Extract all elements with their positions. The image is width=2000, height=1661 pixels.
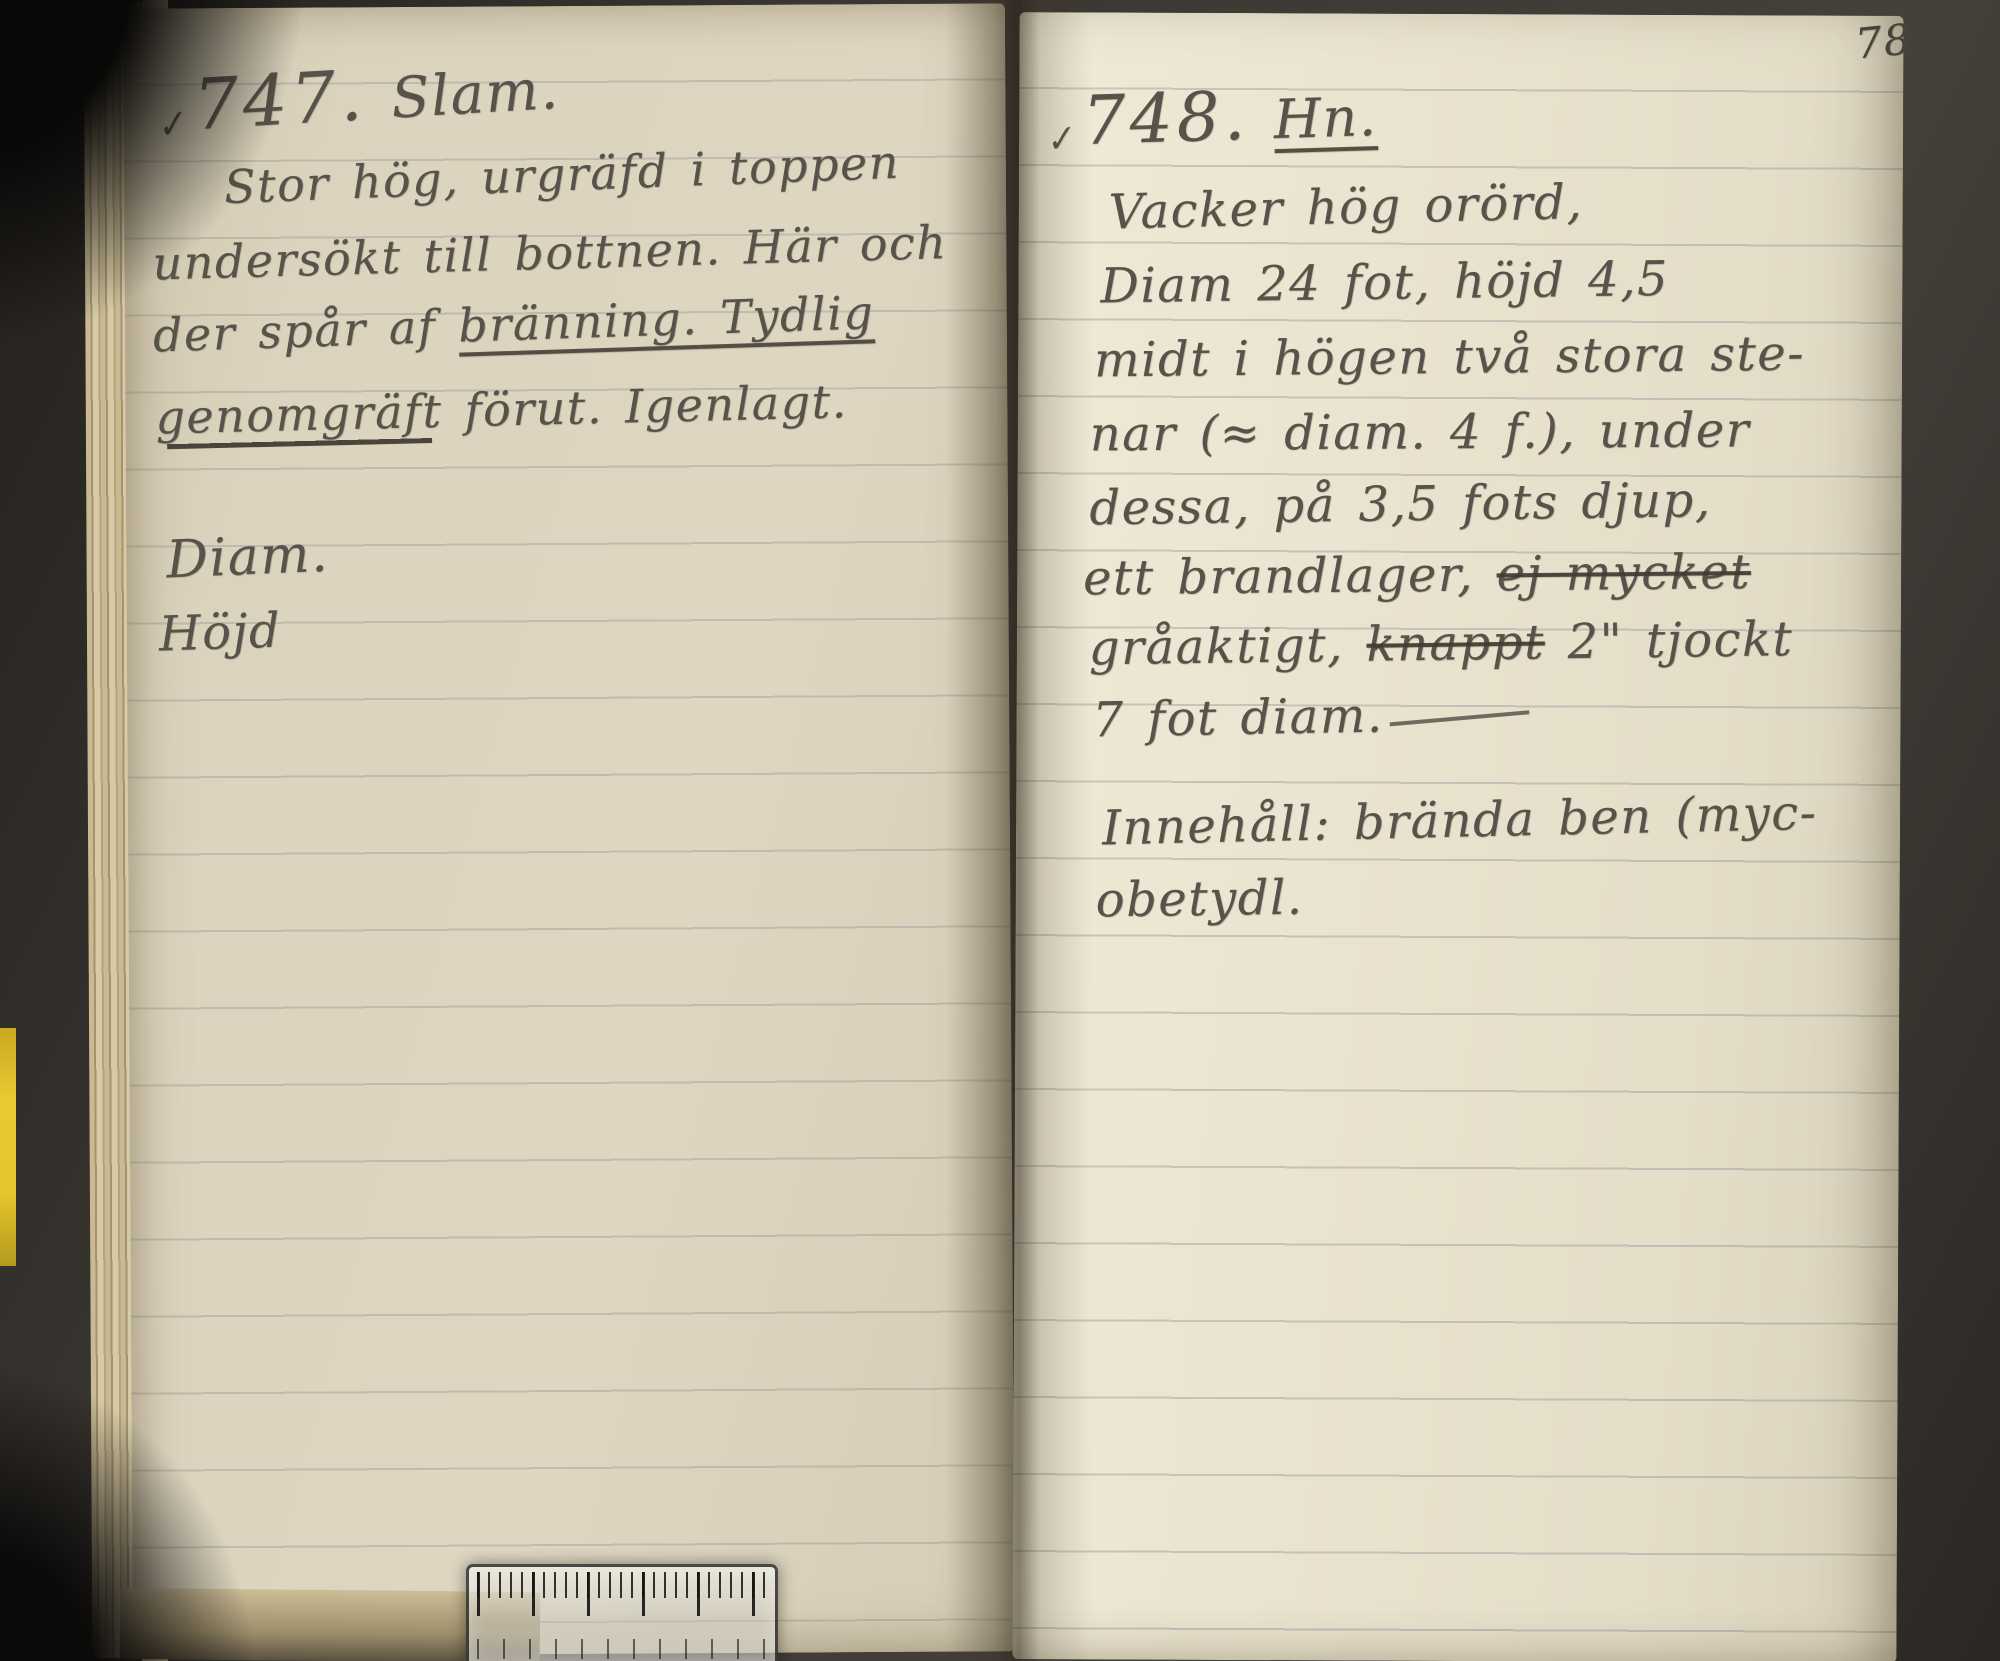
line-text: ett brandlager,	[1083, 546, 1497, 606]
height-label: Höjd	[158, 603, 282, 663]
handwritten-line: Diam 24 fot, höjd 4,5	[1100, 251, 1669, 314]
yellow-bookmark-edge	[0, 1028, 16, 1266]
underlined-word: genomgräft	[155, 384, 443, 445]
line-text: Diam.	[165, 524, 330, 591]
handwritten-line: 7 fot diam.	[1092, 685, 1530, 748]
line-text: midt i högen två stora ste-	[1094, 326, 1805, 389]
handwritten-line: dessa, på 3,5 fots djup,	[1089, 472, 1712, 536]
struck-word: ej mycket	[1496, 544, 1751, 602]
handwritten-line: nar (≈ diam. 4 f.), under	[1090, 402, 1751, 462]
dark-corner-top-left	[0, 0, 300, 340]
handwritten-line: obetydl.	[1095, 870, 1303, 929]
handwritten-line: genomgräft förut. Igenlagt.	[155, 374, 848, 444]
line-text: Innehåll: brända ben (myc-	[1101, 785, 1817, 857]
entry-748-heading: ✓748. Hn.	[1042, 72, 1378, 161]
entry-title: Slam.	[389, 57, 561, 132]
handwritten-line: midt i högen två stora ste-	[1094, 326, 1805, 389]
entry-title: Hn.	[1273, 85, 1378, 151]
line-text: Höjd	[158, 603, 282, 663]
ruler-major-ticks	[477, 1572, 767, 1616]
line-text: obetydl.	[1095, 870, 1303, 929]
right-page: 78 ✓748. Hn. Vacker hög orörd, Diam 24 f…	[1012, 12, 1903, 1661]
notebook-photograph: ✓747. Slam. Stor hög, urgräfd i toppen u…	[0, 0, 2000, 1661]
line-text: 2" tjockt	[1544, 611, 1793, 670]
ruler-bottom-ticks	[477, 1639, 767, 1659]
line-text: Diam 24 fot, höjd 4,5	[1100, 251, 1669, 314]
page-number-text: 78	[1853, 14, 1914, 68]
page-number: 78	[1853, 14, 1914, 68]
dark-corner-bottom-left	[0, 1361, 260, 1661]
diameter-label: Diam.	[165, 524, 330, 591]
handwritten-line: Stor hög, urgräfd i toppen	[223, 135, 901, 214]
ruler	[466, 1564, 778, 1661]
line-text: förut. Igenlagt.	[442, 374, 849, 438]
handwritten-line: ett brandlager, ej mycket	[1083, 544, 1751, 606]
entry-number: 748.	[1081, 76, 1250, 160]
line-text: dessa, på 3,5 fots djup,	[1089, 472, 1712, 536]
underlined-word: Tydlig	[697, 285, 875, 345]
line-text: gråaktigt,	[1088, 617, 1366, 677]
handwritten-line: gråaktigt, knappt 2" tjockt	[1088, 611, 1793, 676]
line-text: nar (≈ diam. 4 f.), under	[1090, 402, 1751, 462]
line-text: 7 fot diam.	[1092, 688, 1384, 749]
struck-word: knappt	[1366, 614, 1545, 672]
line-text: Stor hög, urgräfd i toppen	[223, 135, 901, 214]
handwritten-line: Innehåll: brända ben (myc-	[1101, 785, 1817, 857]
handwritten-line: Vacker hög orörd,	[1108, 174, 1584, 240]
flourish-line	[1390, 710, 1530, 726]
check-mark-icon: ✓	[1041, 117, 1079, 162]
line-text: Vacker hög orörd,	[1108, 174, 1584, 240]
underlined-word: bränning.	[457, 291, 699, 353]
